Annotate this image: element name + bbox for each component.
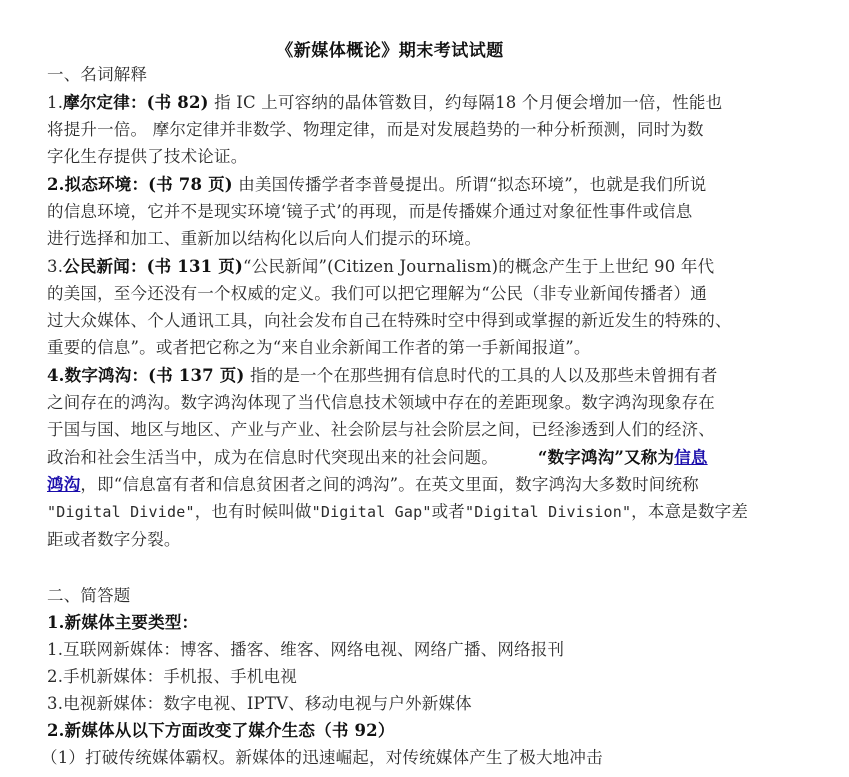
term-text: 指 IC 上可容纳的晶体管数目，约每隔18 个月便会增加一倍，性能也: [209, 93, 723, 112]
term-text-line: 距或者数字分裂。: [47, 528, 181, 552]
answer-item: 1.互联网新媒体：博客、播客、维客、网络电视、网络广播、网络报刊: [47, 638, 564, 662]
term-text: 由美国传播学者李普曼提出。所谓“拟态环境”，也就是我们所说: [233, 175, 707, 194]
term-text: ，即“信息富有者和信息贫困者之间的鸿沟”。在英文里面，数字鸿沟大多数时间统称: [80, 475, 698, 494]
term-text-line: 字化生存提供了技术论证。: [47, 145, 247, 169]
term-text: ，也有时候叫做: [195, 502, 312, 521]
answer-item: 2.手机新媒体：手机报、手机电视: [47, 665, 297, 689]
info-gap-link-continued[interactable]: 鸿沟: [47, 475, 80, 494]
question-title: 1.新媒体主要类型：: [47, 611, 198, 635]
term-label: 数字鸿沟：(书 137 页): [65, 366, 245, 385]
term-text-line: 的美国，至今还没有一个权威的定义。我们可以把它理解为“公民（非专业新闻传播者）通: [47, 282, 707, 306]
document-title: 《新媒体概论》期末考试试题: [0, 36, 780, 61]
term-text-line: 鸿沟，即“信息富有者和信息贫困者之间的鸿沟”。在英文里面，数字鸿沟大多数时间统称: [47, 473, 699, 497]
item-number: 4.: [47, 366, 65, 385]
term-item-citizen-journalism: 3.公民新闻：(书 131 页)“公民新闻”(Citizen Journalis…: [47, 255, 714, 279]
term-text-line: 政治和社会生活当中，成为在信息时代突现出来的社会问题。“数字鸿沟”又称为信息: [47, 446, 708, 470]
term-text-line: 过大众媒体、个人通讯工具，向社会发布自己在特殊时空中得到或掌握的新近发生的特殊的…: [47, 309, 732, 333]
term-text: “公民新闻”(Citizen Journalism)的概念产生于上世纪 90 年…: [243, 257, 714, 276]
term-text-line: 进行选择和加工、重新加以结构化以后向人们提示的环境。: [47, 227, 481, 251]
english-term: "Digital Divide": [47, 503, 195, 521]
term-text: 或者: [432, 502, 465, 521]
term-text-line: 重要的信息”。或者把它称之为“来自业余新闻工作者的第一手新闻报道”。: [47, 336, 591, 360]
term-item-pseudo-environment: 2.拟态环境：(书 78 页) 由美国传播学者李普曼提出。所谓“拟态环境”，也就…: [47, 173, 706, 197]
term-text-line: 的信息环境，它并不是现实环境‘镜子式’的再现，而是传播媒介通过对象征性事件或信息: [47, 200, 693, 224]
term-text-line: 之间存在的鸿沟。数字鸿沟体现了当代信息技术领域中存在的差距现象。数字鸿沟现象存在: [47, 391, 715, 415]
term-label: 摩尔定律：(书 82): [63, 93, 209, 112]
answer-item: 3.电视新媒体：数字电视、IPTV、移动电视与户外新媒体: [47, 692, 472, 716]
item-number: 1.: [47, 93, 63, 112]
term-item-moore: 1.摩尔定律：(书 82) 指 IC 上可容纳的晶体管数目，约每隔18 个月便会…: [47, 91, 722, 115]
term-text: 指的是一个在那些拥有信息时代的工具的人以及那些未曾拥有者: [245, 366, 718, 385]
english-term: "Digital Division": [465, 503, 631, 521]
bold-phrase: “数字鸿沟”又称为: [538, 448, 674, 467]
term-text-line: 于国与国、地区与地区、产业与产业、社会阶层与社会阶层之间，已经渗透到人们的经济、: [47, 418, 715, 442]
term-text: 政治和社会生活当中，成为在信息时代突现出来的社会问题。: [47, 448, 498, 467]
item-number: 3.: [47, 257, 63, 276]
term-item-digital-divide: 4.数字鸿沟：(书 137 页) 指的是一个在那些拥有信息时代的工具的人以及那些…: [47, 364, 718, 388]
section-heading-terms: 一、名词解释: [47, 63, 147, 87]
item-number: 2.: [47, 175, 65, 194]
term-text: ，本意是数字差: [631, 502, 748, 521]
section-heading-short-answer: 二、简答题: [47, 584, 131, 608]
question-title: 2.新媒体从以下方面改变了媒介生态（书 92）: [47, 719, 395, 743]
term-text-line: 将提升一倍。 摩尔定律并非数学、物理定律，而是对发展趋势的一种分析预测，同时为数: [47, 118, 704, 142]
term-text-line: "Digital Divide"，也有时候叫做"Digital Gap"或者"D…: [47, 500, 748, 524]
english-term: "Digital Gap": [312, 503, 432, 521]
info-gap-link[interactable]: 信息: [674, 448, 707, 467]
answer-item: （1）打破传统媒体霸权。新媒体的迅速崛起，对传统媒体产生了极大地冲击: [41, 746, 603, 770]
term-label: 拟态环境：(书 78 页): [65, 175, 233, 194]
term-label: 公民新闻：(书 131 页): [63, 257, 243, 276]
